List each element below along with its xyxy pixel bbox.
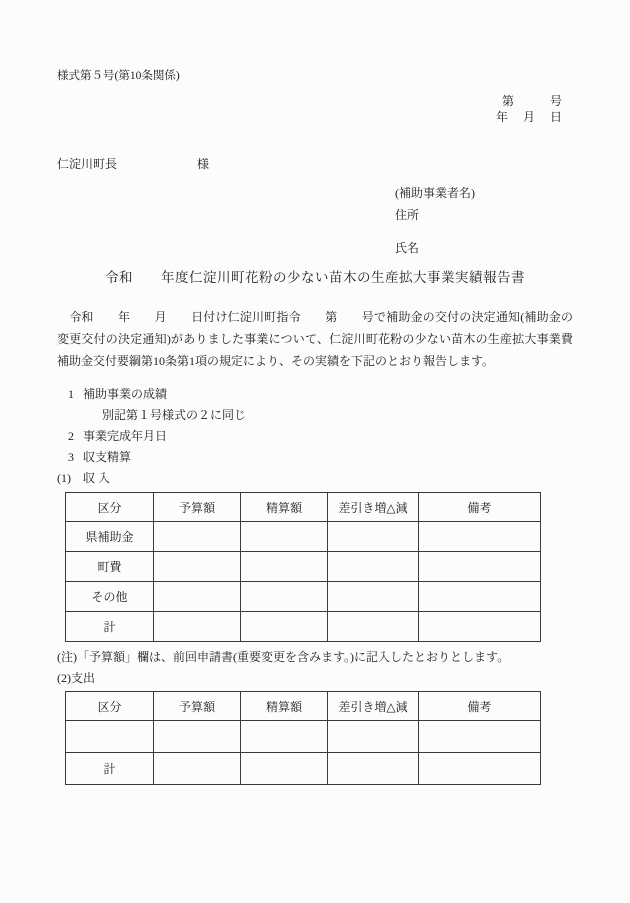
table-row: 計 — [66, 612, 541, 642]
table-row: 町費 — [66, 552, 541, 582]
document-number-line: 第 号 — [57, 93, 562, 109]
list-item-text: 収支精算 — [83, 450, 131, 464]
row-label-cell: 県補助金 — [66, 522, 154, 552]
expense-table-wrap: 区分予算額精算額差引き増△減備考計 — [57, 691, 573, 785]
table-row: その他 — [66, 582, 541, 612]
value-cell — [419, 582, 541, 612]
column-header: 精算額 — [241, 692, 328, 721]
row-label-cell: その他 — [66, 582, 154, 612]
list-item-number: 3 — [57, 447, 83, 468]
value-cell — [419, 552, 541, 582]
addressee-name: 仁淀川町長 — [57, 157, 117, 171]
column-header: 差引き増△減 — [328, 493, 419, 522]
value-cell — [419, 522, 541, 552]
value-cell — [241, 522, 328, 552]
value-cell — [328, 721, 419, 753]
row-label-cell — [66, 721, 154, 753]
applicant-name-label: 氏名 — [395, 240, 573, 256]
value-cell — [241, 582, 328, 612]
value-cell — [328, 612, 419, 642]
table-header-row: 区分予算額精算額差引き増△減備考 — [66, 692, 541, 721]
list-item-text: 事業完成年月日 — [83, 429, 167, 443]
list-item-3: 3収支精算 — [57, 447, 573, 468]
expense-table: 区分予算額精算額差引き増△減備考計 — [65, 691, 541, 785]
row-label-cell: 計 — [66, 753, 154, 785]
value-cell — [328, 522, 419, 552]
addressee-honorific: 様 — [197, 157, 209, 171]
column-header: 予算額 — [154, 493, 241, 522]
applicant-address-label: 住所 — [395, 204, 573, 226]
row-label-cell: 計 — [66, 612, 154, 642]
column-header: 区分 — [66, 493, 154, 522]
income-table: 区分予算額精算額差引き増△減備考県補助金町費その他計 — [65, 492, 541, 642]
table-row: 県補助金 — [66, 522, 541, 552]
value-cell — [241, 721, 328, 753]
value-cell — [154, 522, 241, 552]
applicant-block: (補助事業者名) 住所 氏名 — [395, 182, 573, 256]
list-item-number: 1 — [57, 384, 83, 405]
numbered-list: 1補助事業の成績 別記第１号様式の２に同じ 2事業完成年月日 3収支精算 (1)… — [57, 384, 573, 489]
addressee-line: 仁淀川町長様 — [57, 156, 573, 172]
document-page: 様式第５号(第10条関係) 第 号 年 月 日 仁淀川町長様 (補助事業者名) … — [0, 0, 630, 903]
value-cell — [154, 582, 241, 612]
value-cell — [241, 552, 328, 582]
value-cell — [419, 721, 541, 753]
document-date-line: 年 月 日 — [57, 109, 562, 126]
value-cell — [154, 612, 241, 642]
income-table-wrap: 区分予算額精算額差引き増△減備考県補助金町費その他計 — [57, 492, 573, 642]
value-cell — [241, 612, 328, 642]
table-header-row: 区分予算額精算額差引き増△減備考 — [66, 493, 541, 522]
column-header: 差引き増△減 — [328, 692, 419, 721]
form-number: 様式第５号(第10条関係) — [57, 68, 573, 84]
value-cell — [154, 753, 241, 785]
value-cell — [328, 552, 419, 582]
budget-note: (注)「予算額」欄は、前回申請書(重要変更を含みます。)に記入したとおりとします… — [57, 647, 573, 667]
column-header: 精算額 — [241, 493, 328, 522]
list-item-2: 2事業完成年月日 — [57, 426, 573, 447]
list-item-1-sub: 別記第１号様式の２に同じ — [57, 405, 573, 426]
column-header: 備考 — [419, 692, 541, 721]
value-cell — [419, 753, 541, 785]
value-cell — [154, 721, 241, 753]
body-paragraph: 令和 年 月 日付け仁淀川町指令 第 号で補助金の交付の決定通知(補助金の変更交… — [57, 306, 573, 372]
value-cell — [328, 753, 419, 785]
value-cell — [154, 552, 241, 582]
list-item-text: 別記第１号様式の２に同じ — [57, 408, 246, 422]
list-item-text: 補助事業の成績 — [83, 387, 167, 401]
document-title: 令和 年度仁淀川町花粉の少ない苗木の生産拡大事業実績報告書 — [57, 269, 573, 287]
list-item-1: 1補助事業の成績 — [57, 384, 573, 405]
income-section-label: (1) 収 入 — [57, 468, 573, 489]
table-row: 計 — [66, 753, 541, 785]
applicant-company-label: (補助事業者名) — [395, 182, 573, 204]
value-cell — [241, 753, 328, 785]
expense-section-label: (2)支出 — [57, 668, 573, 688]
column-header: 予算額 — [154, 692, 241, 721]
list-item-number: 2 — [57, 426, 83, 447]
value-cell — [419, 612, 541, 642]
document-number-block: 第 号 年 月 日 — [57, 93, 573, 126]
row-label-cell: 町費 — [66, 552, 154, 582]
column-header: 区分 — [66, 692, 154, 721]
column-header: 備考 — [419, 493, 541, 522]
table-row — [66, 721, 541, 753]
value-cell — [328, 582, 419, 612]
